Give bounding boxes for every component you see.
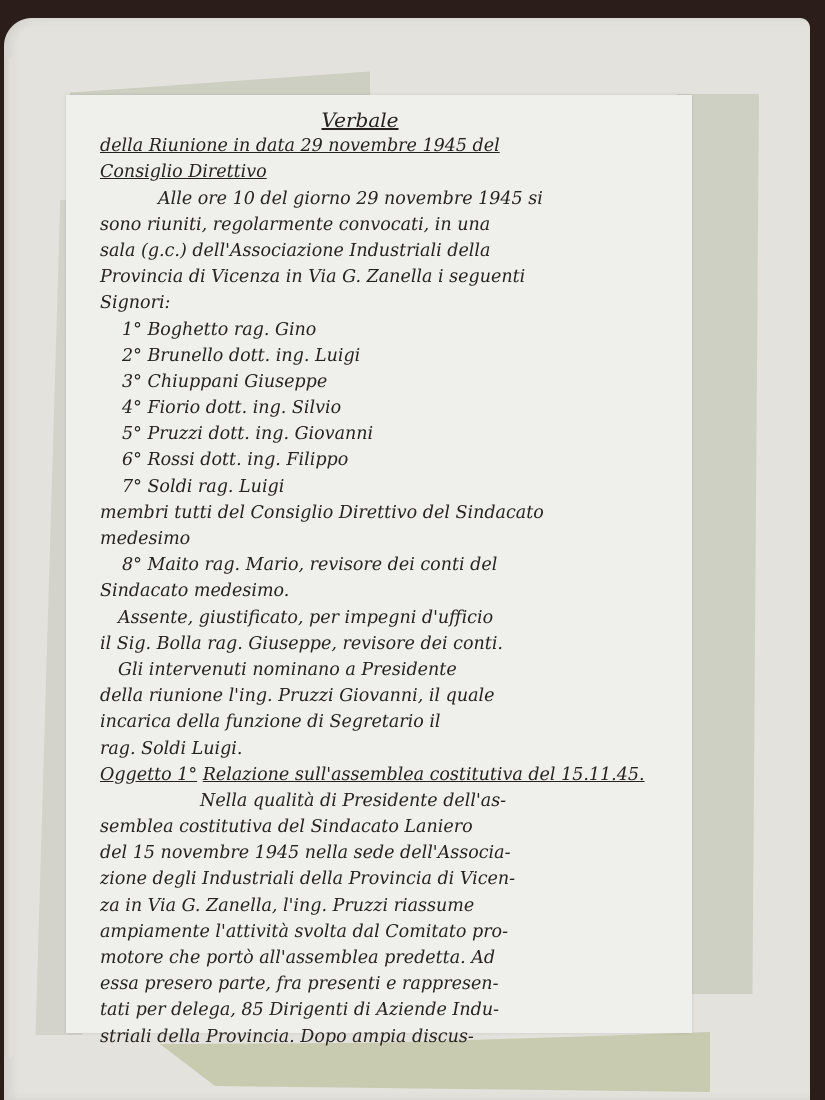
absent-line: Assente, giustificato, per impegni d'uff… [100,605,690,631]
president-line: incarica della funzione di Segretario il [100,709,690,735]
intro-line: Alle ore 10 del giorno 29 novembre 1945 … [100,186,690,212]
members-line: medesimo [100,526,690,552]
president-line: Gli intervenuti nominano a Presidente [100,657,690,683]
auditor-line: 8° Maito rag. Mario, revisore dei conti … [100,552,690,578]
attendee-item: 3° Chiuppani Giuseppe [100,369,690,395]
heading-line: Consiglio Direttivo [100,159,267,185]
body-line: motore che portò all'assemblea predetta.… [100,945,690,971]
body-line: semblea costitutiva del Sindacato Lanier… [100,814,690,840]
body-line: za in Via G. Zanella, l'ing. Pruzzi rias… [100,893,690,919]
page-edge [4,58,12,1058]
intro-line: sono riuniti, regolarmente convocati, in… [100,212,690,238]
intro-line: Signori: [100,290,690,316]
body-line: zione degli Industriali della Provincia … [100,866,690,892]
subject-text: Relazione sull'assemblea costitutiva del… [203,765,645,785]
document-title: Verbale [30,107,690,133]
sheet-text: Verbale della Riunione in data 29 novemb… [100,107,690,1050]
body-line: ampiamente l'attività svolta dal Comitat… [100,919,690,945]
heading-line: della Riunione in data 29 novembre 1945 … [100,133,690,159]
members-line: membri tutti del Consiglio Direttivo del… [100,500,690,526]
attendee-item: 2° Brunello dott. ing. Luigi [100,343,690,369]
auditor-line: Sindacato medesimo. [100,578,690,604]
body-line: tati per delega, 85 Dirigenti di Aziende… [100,997,690,1023]
body-line: del 15 novembre 1945 nella sede dell'Ass… [100,840,690,866]
intro-line: Provincia di Vicenza in Via G. Zanella i… [100,264,690,290]
attendee-item: 7° Soldi rag. Luigi [100,474,690,500]
body-line: essa presero parte, fra presenti e rappr… [100,971,690,997]
president-line: rag. Soldi Luigi. [100,736,690,762]
attendee-item: 5° Pruzzi dott. ing. Giovanni [100,421,690,447]
subject-label: Oggetto 1° [100,765,197,785]
attendee-item: 4° Fiorio dott. ing. Silvio [100,395,690,421]
attendee-item: 1° Boghetto rag. Gino [100,317,690,343]
body-line: striali della Provincia. Dopo ampia disc… [100,1024,690,1050]
body-line: Nella qualità di Presidente dell'as- [100,788,690,814]
handwritten-sheet: Verbale della Riunione in data 29 novemb… [66,95,692,1033]
attendee-item: 6° Rossi dott. ing. Filippo [100,447,690,473]
subject-line: Oggetto 1° Relazione sull'assemblea cost… [100,762,690,788]
president-line: della riunione l'ing. Pruzzi Giovanni, i… [100,683,690,709]
intro-line: sala (g.c.) dell'Associazione Industrial… [100,238,690,264]
absent-line: il Sig. Bolla rag. Giuseppe, revisore de… [100,631,690,657]
